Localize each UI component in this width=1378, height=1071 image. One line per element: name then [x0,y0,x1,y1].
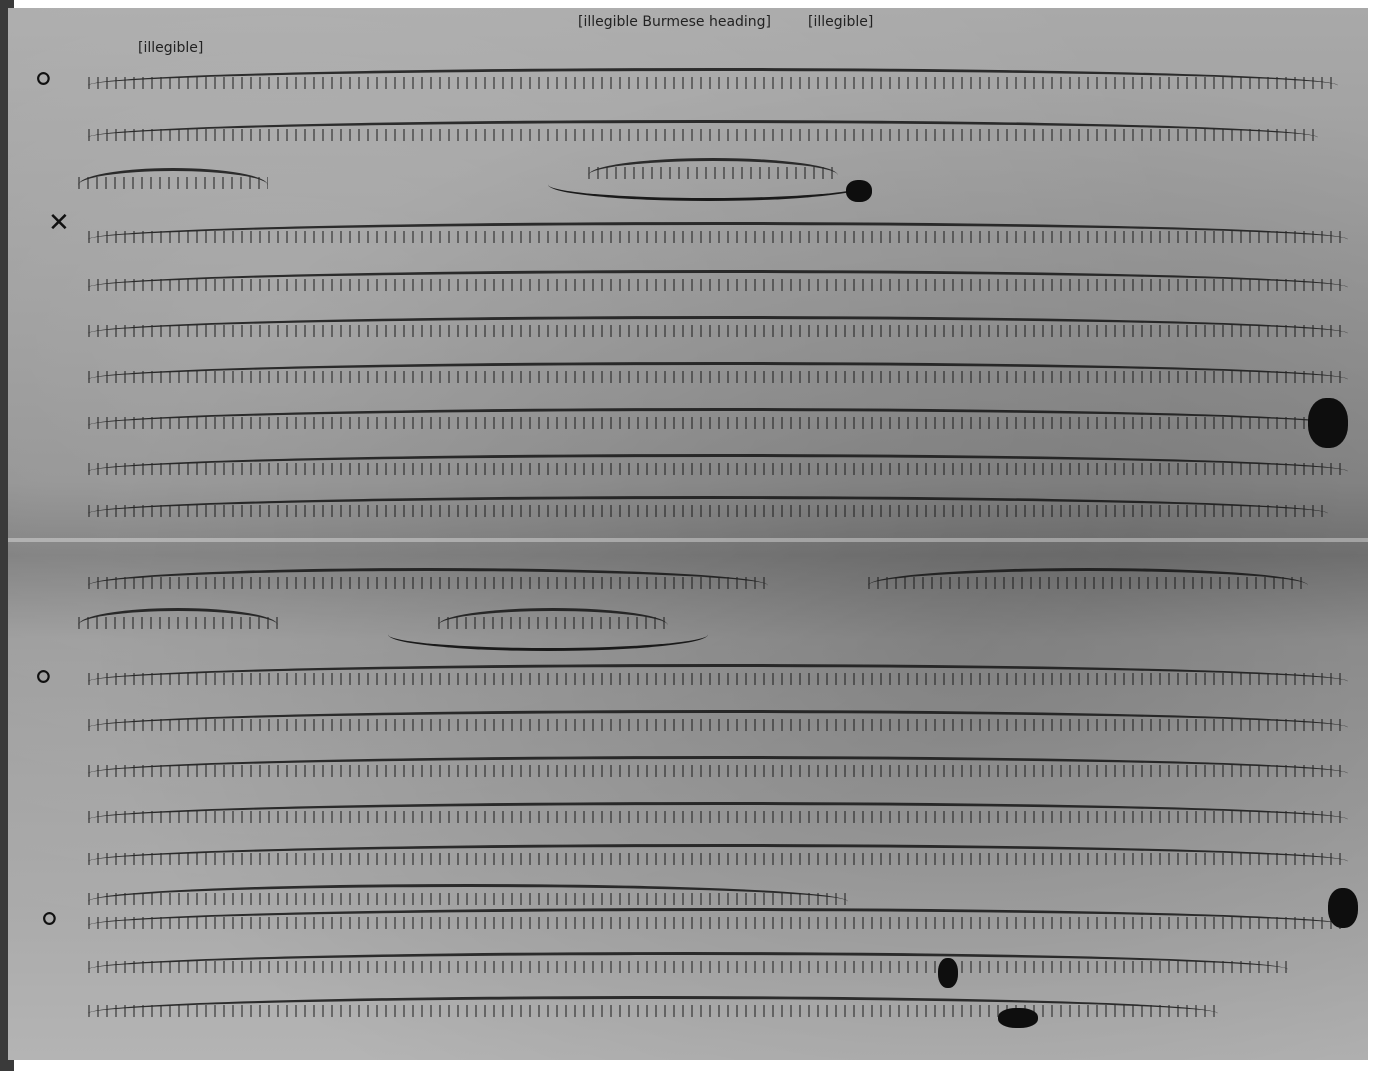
text-line [88,222,1348,247]
ink-stain [938,958,958,988]
page-fold [8,538,1368,542]
text-line [88,802,1348,827]
text-line [88,952,1288,977]
ink-stain [998,1008,1038,1028]
circle-symbol-icon: ၀ [42,898,57,937]
text-line [88,362,1348,387]
text-line [78,608,278,633]
text-line [88,120,1318,145]
text-line [88,756,1348,781]
text-line [88,270,1348,295]
circle-symbol-icon: ၀ [36,656,51,695]
manuscript-page: [illegible Burmese heading] [illegible] … [8,8,1368,1060]
text-line [868,568,1308,593]
text-line [88,844,1348,869]
text-line [88,68,1338,93]
x-mark-icon: ✕ [48,208,70,238]
text-line [88,316,1348,341]
text-line [88,908,1348,933]
text-line [88,884,848,909]
page-heading: [illegible Burmese heading] [578,14,771,30]
text-line [88,664,1348,689]
page-number-mark: [illegible] [808,14,873,30]
text-line [88,408,1348,433]
text-line [88,496,1328,521]
circle-symbol-icon: ၀ [36,58,51,97]
ink-stain [1308,398,1348,448]
underline [388,618,708,651]
ink-stain [846,180,872,202]
underline [548,168,868,201]
text-line [88,710,1348,735]
margin-number: [illegible] [138,40,203,56]
ink-stain [1328,888,1358,928]
text-line [88,996,1218,1021]
text-line [88,568,768,593]
text-line [88,454,1348,479]
text-line [78,168,268,193]
